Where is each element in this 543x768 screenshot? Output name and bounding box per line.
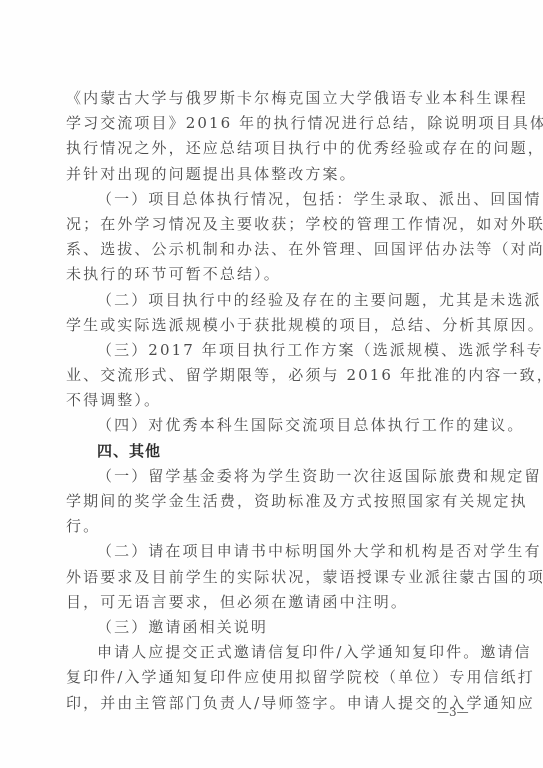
text-line: （一）留学基金委将为学生资助一次往返国际旅费和规定留 bbox=[66, 464, 470, 489]
text-line: （三）2017 年项目执行工作方案（选派规模、选派学科专 bbox=[66, 338, 470, 363]
text-line: 业、交流形式、留学期限等，必须与 2016 年批准的内容一致， bbox=[66, 363, 470, 388]
paragraph-item-4: （四）对优秀本科生国际交流项目总体执行工作的建议。 bbox=[66, 413, 470, 438]
text-line: 不得调整）。 bbox=[66, 388, 470, 413]
text-line: 未执行的环节可暂不总结）。 bbox=[66, 262, 470, 287]
text-line: （二）请在项目申请书中标明国外大学和机构是否对学生有 bbox=[66, 539, 470, 564]
text-line: （一）项目总体执行情况，包括：学生录取、派出、回国情 bbox=[66, 187, 470, 212]
text-line: 学期间的奖学金生活费，资助标准及方式按照国家有关规定执 bbox=[66, 489, 470, 514]
text-line: （二）项目执行中的经验及存在的主要问题，尤其是未选派 bbox=[66, 288, 470, 313]
subsection-title: （三）邀请函相关说明 bbox=[66, 615, 470, 640]
paragraph-item-1: （一）项目总体执行情况，包括：学生录取、派出、回国情 况；在外学习情况及主要收获… bbox=[66, 187, 470, 288]
page-number: —3— bbox=[437, 705, 469, 719]
text-line: 《内蒙古大学与俄罗斯卡尔梅克国立大学俄语专业本科生课程 bbox=[66, 86, 470, 111]
text-line: 并针对出现的问题提出具体整改方案。 bbox=[66, 162, 470, 187]
document-body: 《内蒙古大学与俄罗斯卡尔梅克国立大学俄语专业本科生课程 学习交流项目》2016 … bbox=[66, 86, 470, 716]
text-line: 执行情况之外，还应总结项目执行中的优秀经验或存在的问题， bbox=[66, 136, 470, 161]
section-heading: 四、其他 bbox=[66, 439, 470, 464]
text-line: 系、选拔、公示机制和办法、在外管理、回国评估办法等（对尚 bbox=[66, 237, 470, 262]
document-page: 《内蒙古大学与俄罗斯卡尔梅克国立大学俄语专业本科生课程 学习交流项目》2016 … bbox=[0, 0, 543, 768]
paragraph-other-3: 申请人应提交正式邀请信复印件/入学通知复印件。邀请信 复印件/入学通知复印件应使… bbox=[66, 640, 470, 716]
text-line: 目，可无语言要求，但必须在邀请函中注明。 bbox=[66, 590, 470, 615]
text-line: 学习交流项目》2016 年的执行情况进行总结，除说明项目具体 bbox=[66, 111, 470, 136]
paragraph-item-2: （二）项目执行中的经验及存在的主要问题，尤其是未选派 学生或实际选派规模小于获批… bbox=[66, 288, 470, 338]
text-line: 申请人应提交正式邀请信复印件/入学通知复印件。邀请信 bbox=[66, 640, 470, 665]
text-line: 外语要求及目前学生的实际状况，蒙语授课专业派往蒙古国的项 bbox=[66, 565, 470, 590]
text-line: 行。 bbox=[66, 514, 470, 539]
text-line: 况；在外学习情况及主要收获；学校的管理工作情况，如对外联 bbox=[66, 212, 470, 237]
text-line: （四）对优秀本科生国际交流项目总体执行工作的建议。 bbox=[66, 413, 470, 438]
paragraph-intro: 《内蒙古大学与俄罗斯卡尔梅克国立大学俄语专业本科生课程 学习交流项目》2016 … bbox=[66, 86, 470, 187]
paragraph-other-1: （一）留学基金委将为学生资助一次往返国际旅费和规定留 学期间的奖学金生活费，资助… bbox=[66, 464, 470, 540]
text-line: 印，并由主管部门负责人/导师签字。申请人提交的入学通知应 bbox=[66, 691, 470, 716]
paragraph-item-3: （三）2017 年项目执行工作方案（选派规模、选派学科专 业、交流形式、留学期限… bbox=[66, 338, 470, 414]
paragraph-other-2: （二）请在项目申请书中标明国外大学和机构是否对学生有 外语要求及目前学生的实际状… bbox=[66, 539, 470, 615]
text-line: 复印件/入学通知复印件应使用拟留学院校（单位）专用信纸打 bbox=[66, 665, 470, 690]
text-line: 学生或实际选派规模小于获批规模的项目，总结、分析其原因。 bbox=[66, 313, 470, 338]
